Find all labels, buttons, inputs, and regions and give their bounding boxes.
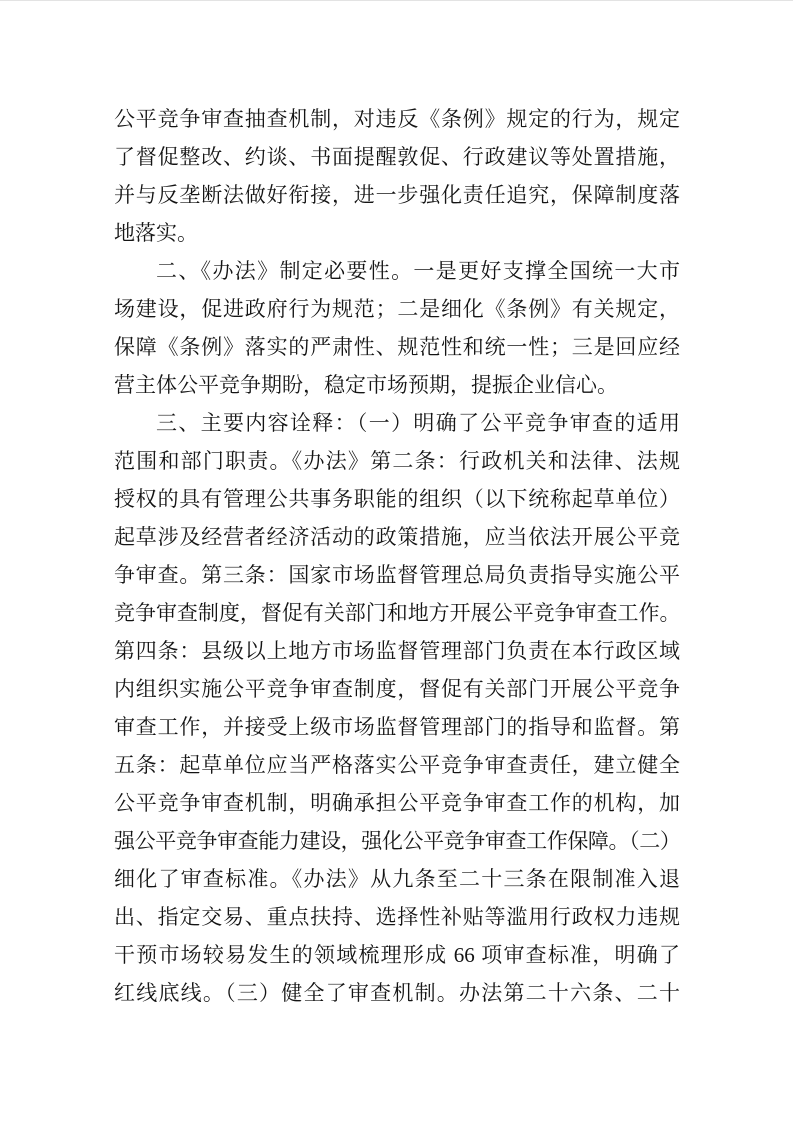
text-line: 场建设，促进政府行为规范；二是细化《条例》有关规定， [114, 290, 680, 328]
text-line: 地落实。 [114, 214, 680, 252]
text-line: 强公平竞争审查能力建设，强化公平竞争审查工作保障。（二） [114, 822, 680, 860]
text-line: 公平竞争审查机制，明确承担公平竞争审查工作的机构，加 [114, 784, 680, 822]
text-line: 了督促整改、约谈、书面提醒敦促、行政建议等处置措施， [114, 138, 680, 176]
text-line: 五条：起草单位应当严格落实公平竞争审查责任，建立健全 [114, 746, 680, 784]
text-line: 公平竞争审查抽查机制，对违反《条例》规定的行为，规定 [114, 100, 680, 138]
text-line: 细化了审查标准。《办法》从九条至二十三条在限制准入退 [114, 860, 680, 898]
text-line: 红线底线。（三）健全了审查机制。办法第二十六条、二十 [114, 974, 680, 1012]
text-line: 干预市场较易发生的领域梳理形成 66 项审查标准，明确了 [114, 936, 680, 974]
text-line: 并与反垄断法做好衔接，进一步强化责任追究，保障制度落 [114, 176, 680, 214]
text-line: 争审查。第三条：国家市场监督管理总局负责指导实施公平 [114, 556, 680, 594]
text-line: 竞争审查制度，督促有关部门和地方开展公平竞争审查工作。 [114, 594, 680, 632]
text-line: 营主体公平竞争期盼，稳定市场预期，提振企业信心。 [114, 366, 680, 404]
text-line: 第四条：县级以上地方市场监督管理部门负责在本行政区域 [114, 632, 680, 670]
document-text-block: 公平竞争审查抽查机制，对违反《条例》规定的行为，规定 了督促整改、约谈、书面提醒… [114, 100, 680, 1012]
text-line: 二、《办法》制定必要性。一是更好支撑全国统一大市 [114, 252, 680, 290]
text-line: 三、主要内容诠释：（一）明确了公平竞争审查的适用 [114, 404, 680, 442]
text-line: 保障《条例》落实的严肃性、规范性和统一性；三是回应经 [114, 328, 680, 366]
text-line: 内组织实施公平竞争审查制度，督促有关部门开展公平竞争 [114, 670, 680, 708]
text-line: 起草涉及经营者经济活动的政策措施，应当依法开展公平竞 [114, 518, 680, 556]
text-line: 范围和部门职责。《办法》第二条：行政机关和法律、法规 [114, 442, 680, 480]
text-line: 授权的具有管理公共事务职能的组织（以下统称起草单位） [114, 480, 680, 518]
text-line: 出、指定交易、重点扶持、选择性补贴等滥用行政权力违规 [114, 898, 680, 936]
document-page: 公平竞争审查抽查机制，对违反《条例》规定的行为，规定 了督促整改、约谈、书面提醒… [0, 0, 793, 1123]
text-line: 审查工作，并接受上级市场监督管理部门的指导和监督。第 [114, 708, 680, 746]
